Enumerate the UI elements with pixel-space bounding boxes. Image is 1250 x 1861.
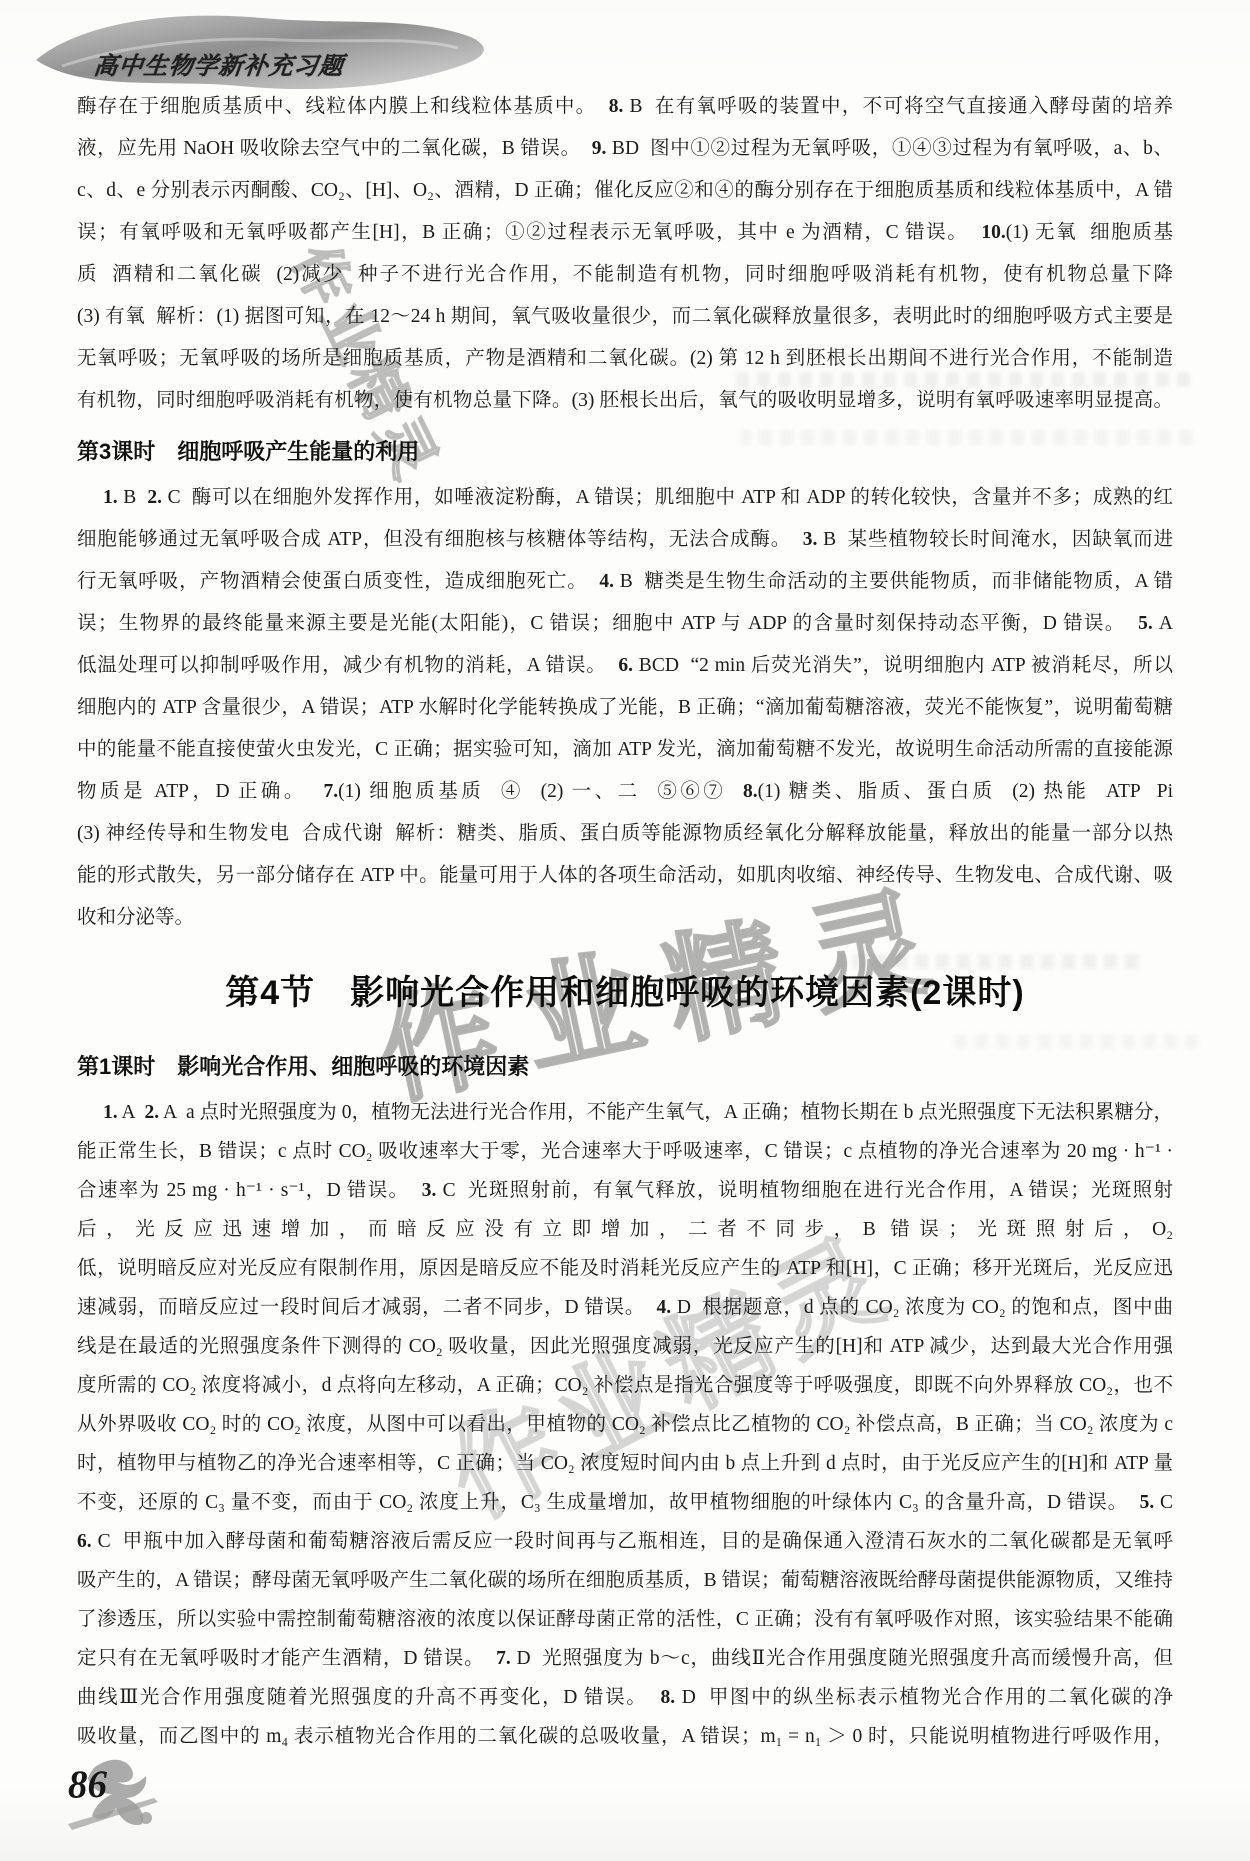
text-line: 合速率为 25 mg · h⁻¹ · s⁻¹，D 错误。 3. C 光斑照射前，… — [77, 1171, 1173, 1210]
text-line: 误；生物界的最终能量来源主要是光能(太阳能)，C 错误；细胞中 ATP 与 AD… — [77, 603, 1173, 645]
text-line: 细胞内的 ATP 含量很少，A 错误；ATP 水解时化学能转换成了光能，B 正确… — [77, 687, 1173, 729]
series-title: 高中生物学新补充习题 — [92, 46, 346, 81]
text-line: 吸产生的，A 错误；酵母菌无氧呼吸产生二氧化碳的场所在细胞质基质，B 错误；葡萄… — [77, 1561, 1173, 1600]
text-line: 1. A 2. A a 点时光照强度为 0，植物无法进行光合作用，不能产生氧气，… — [77, 1093, 1173, 1132]
text-line: 细胞能够通过无氧呼吸合成 ATP，但没有细胞核与核糖体等结构，无法合成酶。 3.… — [77, 519, 1173, 561]
text-line: 从外界吸收 CO₂ 时的 CO₂ 浓度，从图中可以看出，甲植物的 CO₂ 补偿点… — [77, 1405, 1173, 1444]
text-line: 低，说明暗反应对光反应有限制作用，原因是暗反应不能及时消耗光反应产生的 ATP … — [77, 1249, 1173, 1288]
text-line: c、d、e 分别表示丙酮酸、CO₂、[H]、O₂、酒精，D 正确；催化反应②和④… — [77, 170, 1173, 212]
text-line: 不变，还原的 C₃ 量不变，而由于 CO₂ 浓度上升，C₃ 生成量增加，故甲植物… — [77, 1483, 1173, 1522]
page: 高中生物学新补充习题 作业精灵 作业精灵 作业精灵 酶存在于细胞质基质中、线粒体… — [0, 0, 1250, 1861]
text-line: 定只有在无氧呼吸时才能产生酒精，D 错误。 7. D 光照强度为 b～c，曲线Ⅱ… — [77, 1639, 1173, 1678]
text-line: 速减弱，而暗反应过一段时间后才减弱，二者不同步，D 错误。 4. D 根据题意，… — [77, 1288, 1173, 1327]
text-line: 能的形式散失，另一部分储存在 ATP 中。能量可用于人体的各项生命活动，如肌肉收… — [77, 855, 1173, 897]
text-line: 中的能量不能直接使萤火虫发光，C 正确；据实验可知，滴加 ATP 发光，滴加葡萄… — [77, 729, 1173, 771]
text-line: 1. B 2. C 酶可以在细胞外发挥作用，如唾液淀粉酶，A 错误；肌细胞中 A… — [77, 477, 1173, 519]
text-line: 误；有氧呼吸和无氧呼吸都产生[H]，B 正确；①②过程表示无氧呼吸，其中 e 为… — [77, 212, 1173, 254]
text-line: 有机物，同时细胞呼吸消耗有机物，使有机物总量下降。(3) 胚根长出后，氧气的吸收… — [77, 380, 1173, 422]
text-line: 度所需的 CO₂ 浓度将减小，d 点将向左移动，A 正确；CO₂ 补偿点是指光合… — [77, 1366, 1173, 1405]
content-column: 酶存在于细胞质基质中、线粒体内膜上和线粒体基质中。 8. B 在有氧呼吸的装置中… — [77, 86, 1173, 1756]
text-line: 行无氧呼吸，产物酒精会使蛋白质变性，造成细胞死亡。 4. B 糖类是生物生命活动… — [77, 561, 1173, 603]
text-line: (3) 神经传导和生物发电 合成代谢 解析：糖类、脂质、蛋白质等能源物质经氧化分… — [77, 813, 1173, 855]
lesson1-heading: 第1课时 影响光合作用、细胞呼吸的环境因素 — [77, 1050, 1173, 1081]
text-line: 无氧呼吸；无氧呼吸的场所是细胞质基质，产物是酒精和二氧化碳。(2) 第 12 h… — [77, 338, 1173, 380]
text-line: 了渗透压，所以实验中需控制葡萄糖溶液的浓度以保证酵母菌正常的活性，C 正确；没有… — [77, 1600, 1173, 1639]
text-line: 低温处理可以抑制呼吸作用，减少有机物的消耗，A 错误。 6. BCD “2 mi… — [77, 645, 1173, 687]
section4-title: 第4节 影响光合作用和细胞呼吸的环境因素(2课时) — [77, 965, 1173, 1014]
text-line: 质 酒精和二氧化碳 (2)减少 种子不进行光合作用，不能制造有机物，同时细胞呼吸… — [77, 254, 1173, 296]
text-line: 曲线Ⅲ光合作用强度随着光照强度的升高不再变化，D 错误。 8. D 甲图中的纵坐… — [77, 1678, 1173, 1717]
text-line: 6. C 甲瓶中加入酵母菌和葡萄糖溶液后需反应一段时间再与乙瓶相连，目的是确保通… — [77, 1522, 1173, 1561]
answer-paragraph-lesson3: 1. B 2. C 酶可以在细胞外发挥作用，如唾液淀粉酶，A 错误；肌细胞中 A… — [77, 477, 1173, 939]
text-line: 液，应先用 NaOH 吸收除去空气中的二氧化碳，B 错误。 9. BD 图中①②… — [77, 128, 1173, 170]
page-number: 86 — [68, 1762, 107, 1807]
text-line: 时，植物甲与植物乙的净光合速率相等，C 正确；当 CO₂ 浓度短时间内由 b 点… — [77, 1444, 1173, 1483]
answer-paragraph-section4: 1. A 2. A a 点时光照强度为 0，植物无法进行光合作用，不能产生氧气，… — [77, 1093, 1173, 1756]
text-line: 物质是 ATP，D 正确。 7.(1) 细胞质基质 ④ (2) 一、二 ⑤⑥⑦ … — [77, 771, 1173, 813]
lesson3-heading: 第3课时 细胞呼吸产生能量的利用 — [77, 435, 1173, 466]
text-line: 吸收量，而乙图中的 m₄ 表示植物光合作用的二氧化碳的总吸收量，A 错误；m₁ … — [77, 1717, 1173, 1756]
text-line: 线是在最适的光照强度条件下测得的 CO₂ 吸收量，因此光照强度减弱，光反应产生的… — [77, 1327, 1173, 1366]
text-line: 收和分泌等。 — [77, 897, 1173, 939]
text-line: 酶存在于细胞质基质中、线粒体内膜上和线粒体基质中。 8. B 在有氧呼吸的装置中… — [77, 86, 1173, 128]
banner: 高中生物学新补充习题 — [22, 6, 502, 98]
footer: 86 — [40, 1748, 220, 1848]
text-line: 后，光反应迅速增加，而暗反应没有立即增加，二者不同步，B 错误；光斑照射后，O₂… — [77, 1210, 1173, 1249]
answer-paragraph-lesson2: 酶存在于细胞质基质中、线粒体内膜上和线粒体基质中。 8. B 在有氧呼吸的装置中… — [77, 86, 1173, 422]
text-line: 能正常生长，B 错误；c 点时 CO₂ 吸收速率大于零，光合速率大于呼吸速率，C… — [77, 1132, 1173, 1171]
text-line: (3) 有氧 解析：(1) 据图可知，在 12～24 h 期间，氧气吸收量很少，… — [77, 296, 1173, 338]
